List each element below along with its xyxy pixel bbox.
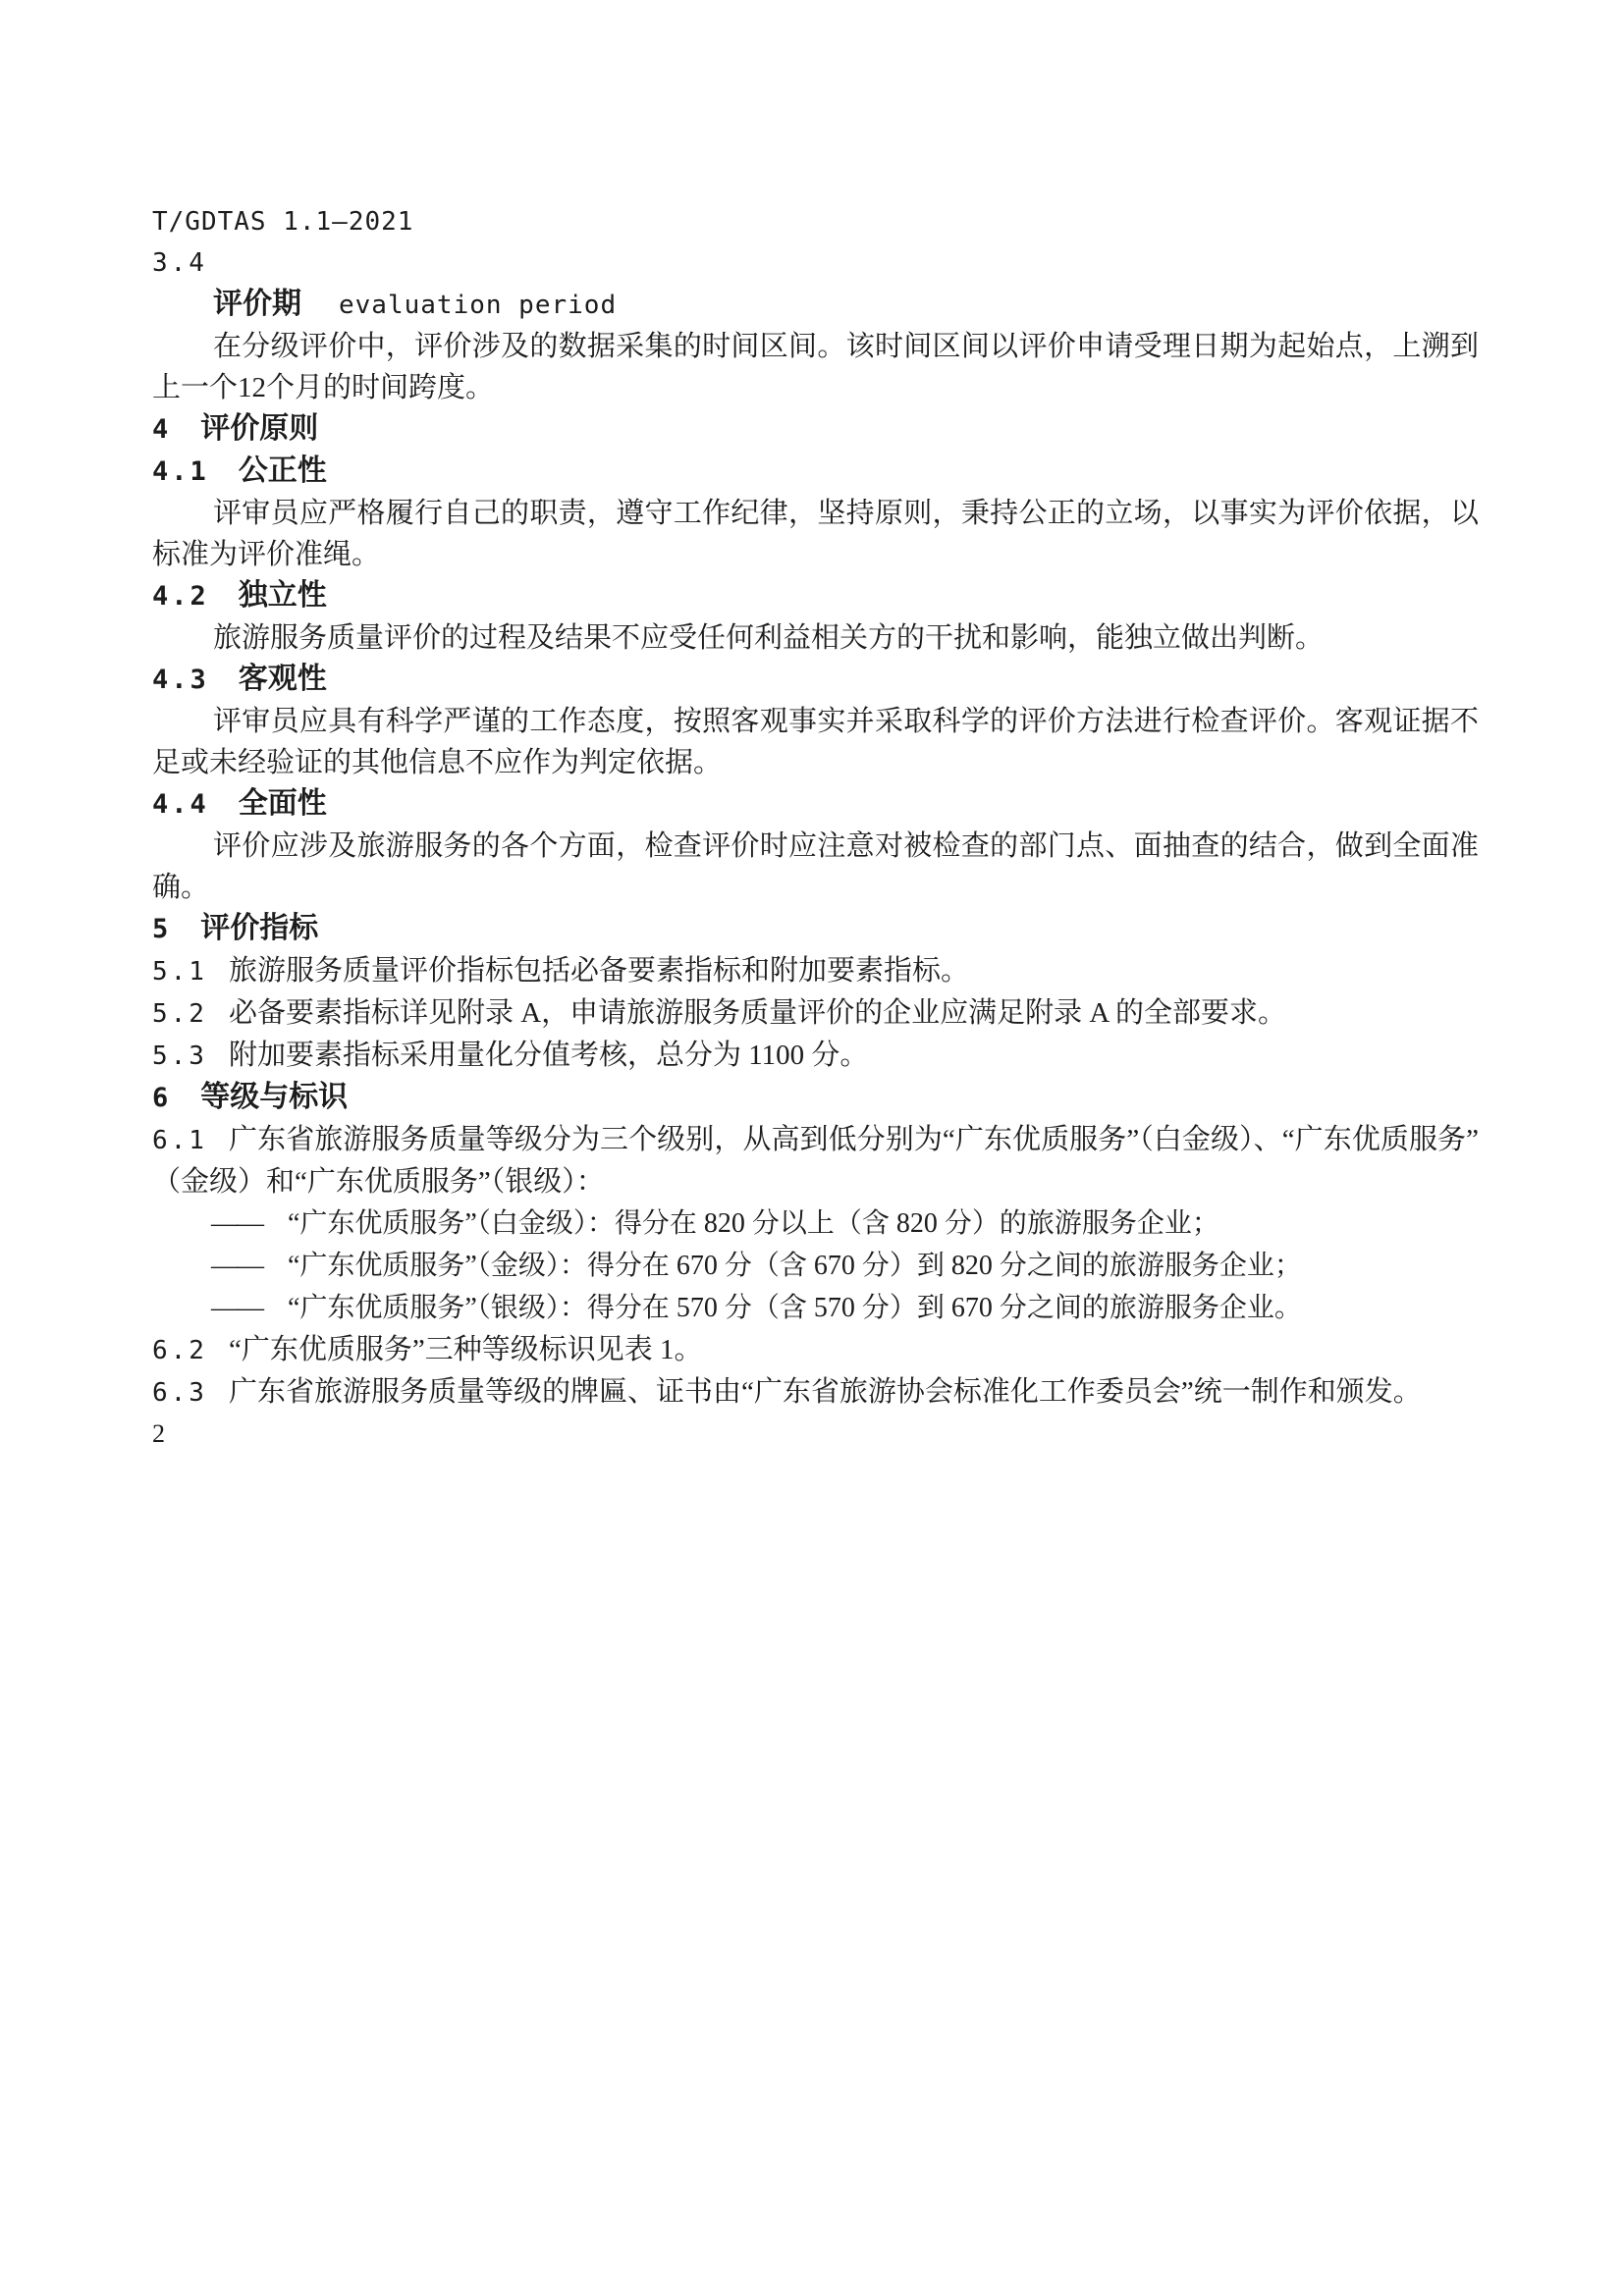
subsection-4-2-heading: 4.2独立性	[152, 575, 1479, 617]
subsection-4-2-paragraph: 旅游服务质量评价的过程及结果不应受任何利益相关方的干扰和影响，能独立做出判断。	[152, 617, 1479, 659]
standard-code-header: T/GDTAS 1.1—2021	[152, 201, 1479, 242]
subsection-4-1-number: 4.1	[152, 456, 209, 487]
subsection-4-3-number: 4.3	[152, 665, 209, 695]
section-5-title: 评价指标	[200, 912, 318, 944]
clause-6-1-number: 6.1	[152, 1126, 207, 1155]
clause-5-2: 5.2必备要素指标详见附录 A，申请旅游服务质量评价的企业应满足附录 A 的全部…	[152, 992, 1479, 1035]
subsection-4-1-heading: 4.1公正性	[152, 451, 1479, 493]
list-dash: ——	[211, 1208, 262, 1239]
grade-level-list: ——“广东优质服务”（白金级）：得分在 820 分以上（含 820 分）的旅游服…	[152, 1202, 1479, 1329]
subsection-4-3-heading: 4.3客观性	[152, 659, 1479, 701]
document-page: T/GDTAS 1.1—2021 3.4 评价期evaluation perio…	[0, 0, 1624, 2296]
clause-5-2-number: 5.2	[152, 999, 207, 1029]
subsection-4-3-title: 客观性	[239, 663, 327, 695]
clause-5-1-number: 5.1	[152, 957, 207, 987]
clause-6-3-text: 广东省旅游服务质量等级的牌匾、证书由“广东省旅游协会标准化工作委员会”统一制作和…	[229, 1376, 1422, 1408]
term-heading: 评价期evaluation period	[152, 284, 1479, 326]
subsection-4-1-paragraph: 评审员应严格履行自己的职责，遵守工作纪律，坚持原则，秉持公正的立场，以事实为评价…	[152, 493, 1479, 575]
clause-5-2-text: 必备要素指标详见附录 A，申请旅游服务质量评价的企业应满足附录 A 的全部要求。	[229, 997, 1286, 1029]
subsection-4-2-number: 4.2	[152, 581, 209, 612]
clause-6-2-number: 6.2	[152, 1336, 207, 1365]
grade-level-silver-text: “广东优质服务”（银级）：得分在 570 分（含 570 分）到 670 分之间…	[288, 1293, 1302, 1323]
section-5-heading: 5评价指标	[152, 908, 1479, 950]
grade-level-silver: ——“广东优质服务”（银级）：得分在 570 分（含 570 分）到 670 分…	[152, 1287, 1479, 1329]
term-clause-number: 3.4	[152, 242, 1479, 284]
grade-level-gold-text: “广东优质服务”（金级）：得分在 670 分（含 670 分）到 820 分之间…	[288, 1251, 1302, 1281]
subsection-4-4-heading: 4.4全面性	[152, 783, 1479, 826]
section-6-number: 6	[152, 1083, 171, 1113]
subsection-4-3-paragraph: 评审员应具有科学严谨的工作态度，按照客观事实并采取科学的评价方法进行检查评价。客…	[152, 701, 1479, 783]
section-6-heading: 6等级与标识	[152, 1077, 1479, 1119]
clause-6-1: 6.1广东省旅游服务质量等级分为三个级别，从高到低分别为“广东优质服务”（白金级…	[152, 1119, 1479, 1202]
subsection-4-2-title: 独立性	[239, 579, 327, 612]
term-zh-label: 评价期	[213, 288, 301, 320]
subsection-4-4-number: 4.4	[152, 789, 209, 820]
clause-6-2-text: “广东优质服务”三种等级标识见表 1。	[229, 1334, 703, 1365]
clause-6-3: 6.3广东省旅游服务质量等级的牌匾、证书由“广东省旅游协会标准化工作委员会”统一…	[152, 1371, 1479, 1414]
grade-level-platinum-text: “广东优质服务”（白金级）：得分在 820 分以上（含 820 分）的旅游服务企…	[288, 1208, 1219, 1239]
section-5-number: 5	[152, 914, 171, 944]
section-4-number: 4	[152, 414, 171, 445]
grade-level-gold: ——“广东优质服务”（金级）：得分在 670 分（含 670 分）到 820 分…	[152, 1245, 1479, 1287]
term-en-label: evaluation period	[339, 291, 617, 320]
clause-6-1-text: 广东省旅游服务质量等级分为三个级别，从高到低分别为“广东优质服务”（白金级）、“…	[152, 1124, 1479, 1198]
subsection-4-1-title: 公正性	[239, 454, 327, 487]
clause-6-3-number: 6.3	[152, 1378, 207, 1408]
section-4-heading: 4评价原则	[152, 408, 1479, 451]
term-definition-paragraph: 在分级评价中，评价涉及的数据采集的时间区间。该时间区间以评价申请受理日期为起始点…	[152, 326, 1479, 408]
clause-6-2: 6.2“广东优质服务”三种等级标识见表 1。	[152, 1329, 1479, 1371]
subsection-4-4-title: 全面性	[239, 787, 327, 820]
grade-level-platinum: ——“广东优质服务”（白金级）：得分在 820 分以上（含 820 分）的旅游服…	[152, 1202, 1479, 1245]
clause-5-3-number: 5.3	[152, 1041, 207, 1071]
page-number: 2	[152, 1414, 1479, 1455]
clause-5-3-text: 附加要素指标采用量化分值考核，总分为 1100 分。	[229, 1040, 868, 1071]
clause-5-3: 5.3附加要素指标采用量化分值考核，总分为 1100 分。	[152, 1035, 1479, 1077]
clause-5-1-text: 旅游服务质量评价指标包括必备要素指标和附加要素指标。	[229, 955, 969, 987]
clause-5-1: 5.1旅游服务质量评价指标包括必备要素指标和附加要素指标。	[152, 950, 1479, 992]
list-dash: ——	[211, 1251, 262, 1281]
section-4-title: 评价原则	[200, 412, 318, 445]
subsection-4-4-paragraph: 评价应涉及旅游服务的各个方面，检查评价时应注意对被检查的部门点、面抽查的结合，做…	[152, 826, 1479, 908]
section-6-title: 等级与标识	[200, 1081, 348, 1113]
list-dash: ——	[211, 1293, 262, 1323]
